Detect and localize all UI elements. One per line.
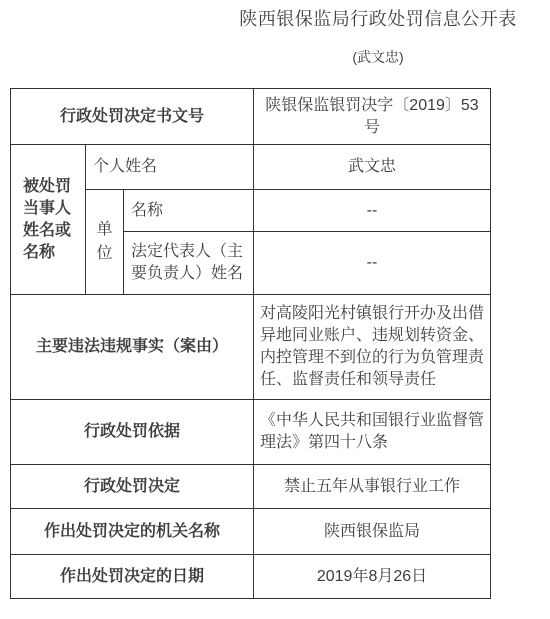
punished-party-label: 被处罚当事人姓名或名称 (11, 145, 86, 295)
penalty-decision-label: 行政处罚决定 (11, 465, 254, 509)
row-doc-no: 行政处罚决定书文号 陕银保监银罚决字〔2019〕53号 (11, 89, 491, 145)
unit-name-label: 名称 (124, 190, 254, 232)
row-decision-date: 作出处罚决定的日期 2019年8月26日 (11, 555, 491, 599)
document-subtitle: (武文忠) (103, 49, 550, 66)
penalty-basis-label: 行政处罚依据 (11, 400, 254, 465)
penalty-disclosure-table: 行政处罚决定书文号 陕银保监银罚决字〔2019〕53号 被处罚当事人姓名或名称 … (10, 88, 491, 599)
decision-date-label: 作出处罚决定的日期 (11, 555, 254, 599)
document-title: 陕西银保监局行政处罚信息公开表 (103, 9, 550, 30)
decision-date-value: 2019年8月26日 (254, 555, 491, 599)
personal-name-value: 武文忠 (254, 145, 491, 190)
unit-label: 单位 (86, 190, 124, 295)
legal-rep-value: -- (254, 232, 491, 295)
personal-name-label: 个人姓名 (86, 145, 254, 190)
unit-name-value: -- (254, 190, 491, 232)
row-personal-name: 被处罚当事人姓名或名称 个人姓名 武文忠 (11, 145, 491, 190)
authority-name-value: 陕西银保监局 (254, 509, 491, 555)
violation-facts-value: 对高陵阳光村镇银行开办及出借异地同业账户、违规划转资金、内控管理不到位的行为负管… (254, 295, 491, 400)
doc-no-value: 陕银保监银罚决字〔2019〕53号 (254, 89, 491, 145)
row-violation-facts: 主要违法违规事实（案由） 对高陵阳光村镇银行开办及出借异地同业账户、违规划转资金… (11, 295, 491, 400)
row-penalty-basis: 行政处罚依据 《中华人民共和国银行业监督管理法》第四十八条 (11, 400, 491, 465)
violation-facts-label: 主要违法违规事实（案由） (11, 295, 254, 400)
row-authority-name: 作出处罚决定的机关名称 陕西银保监局 (11, 509, 491, 555)
document-header: 陕西银保监局行政处罚信息公开表 (武文忠) (103, 9, 550, 66)
row-penalty-decision: 行政处罚决定 禁止五年从事银行业工作 (11, 465, 491, 509)
legal-rep-label: 法定代表人（主要负责人）姓名 (124, 232, 254, 295)
penalty-basis-value: 《中华人民共和国银行业监督管理法》第四十八条 (254, 400, 491, 465)
penalty-decision-value: 禁止五年从事银行业工作 (254, 465, 491, 509)
doc-no-label: 行政处罚决定书文号 (11, 89, 254, 145)
authority-name-label: 作出处罚决定的机关名称 (11, 509, 254, 555)
